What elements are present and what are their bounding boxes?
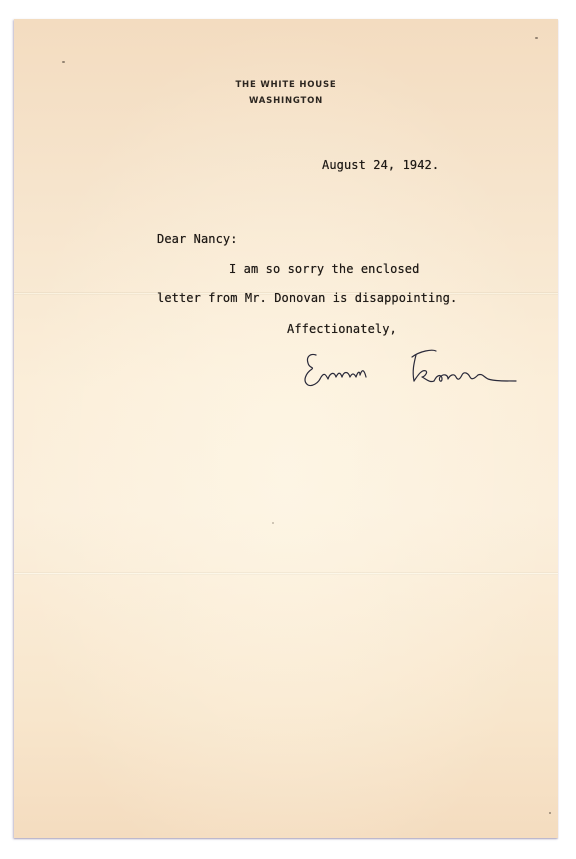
letterhead-title: THE WHITE HOUSE (14, 80, 558, 90)
paper-speck (62, 61, 65, 63)
letter-body-line-2: letter from Mr. Donovan is disappointing… (157, 291, 457, 305)
letterhead-location: WASHINGTON (14, 96, 558, 106)
handwritten-signature (294, 341, 524, 391)
letter-date: August 24, 1942. (322, 158, 439, 172)
signature-icon (294, 341, 524, 391)
letter-body-line-1: I am so sorry the enclosed (229, 262, 419, 276)
paper-speck (272, 522, 274, 524)
letter-salutation: Dear Nancy: (157, 232, 238, 246)
paper-speck (549, 812, 551, 814)
letter-paper: THE WHITE HOUSE WASHINGTON August 24, 19… (14, 19, 558, 838)
fold-crease-lower (14, 572, 558, 575)
paper-speck (535, 37, 538, 39)
letter-closing: Affectionately, (287, 322, 397, 336)
